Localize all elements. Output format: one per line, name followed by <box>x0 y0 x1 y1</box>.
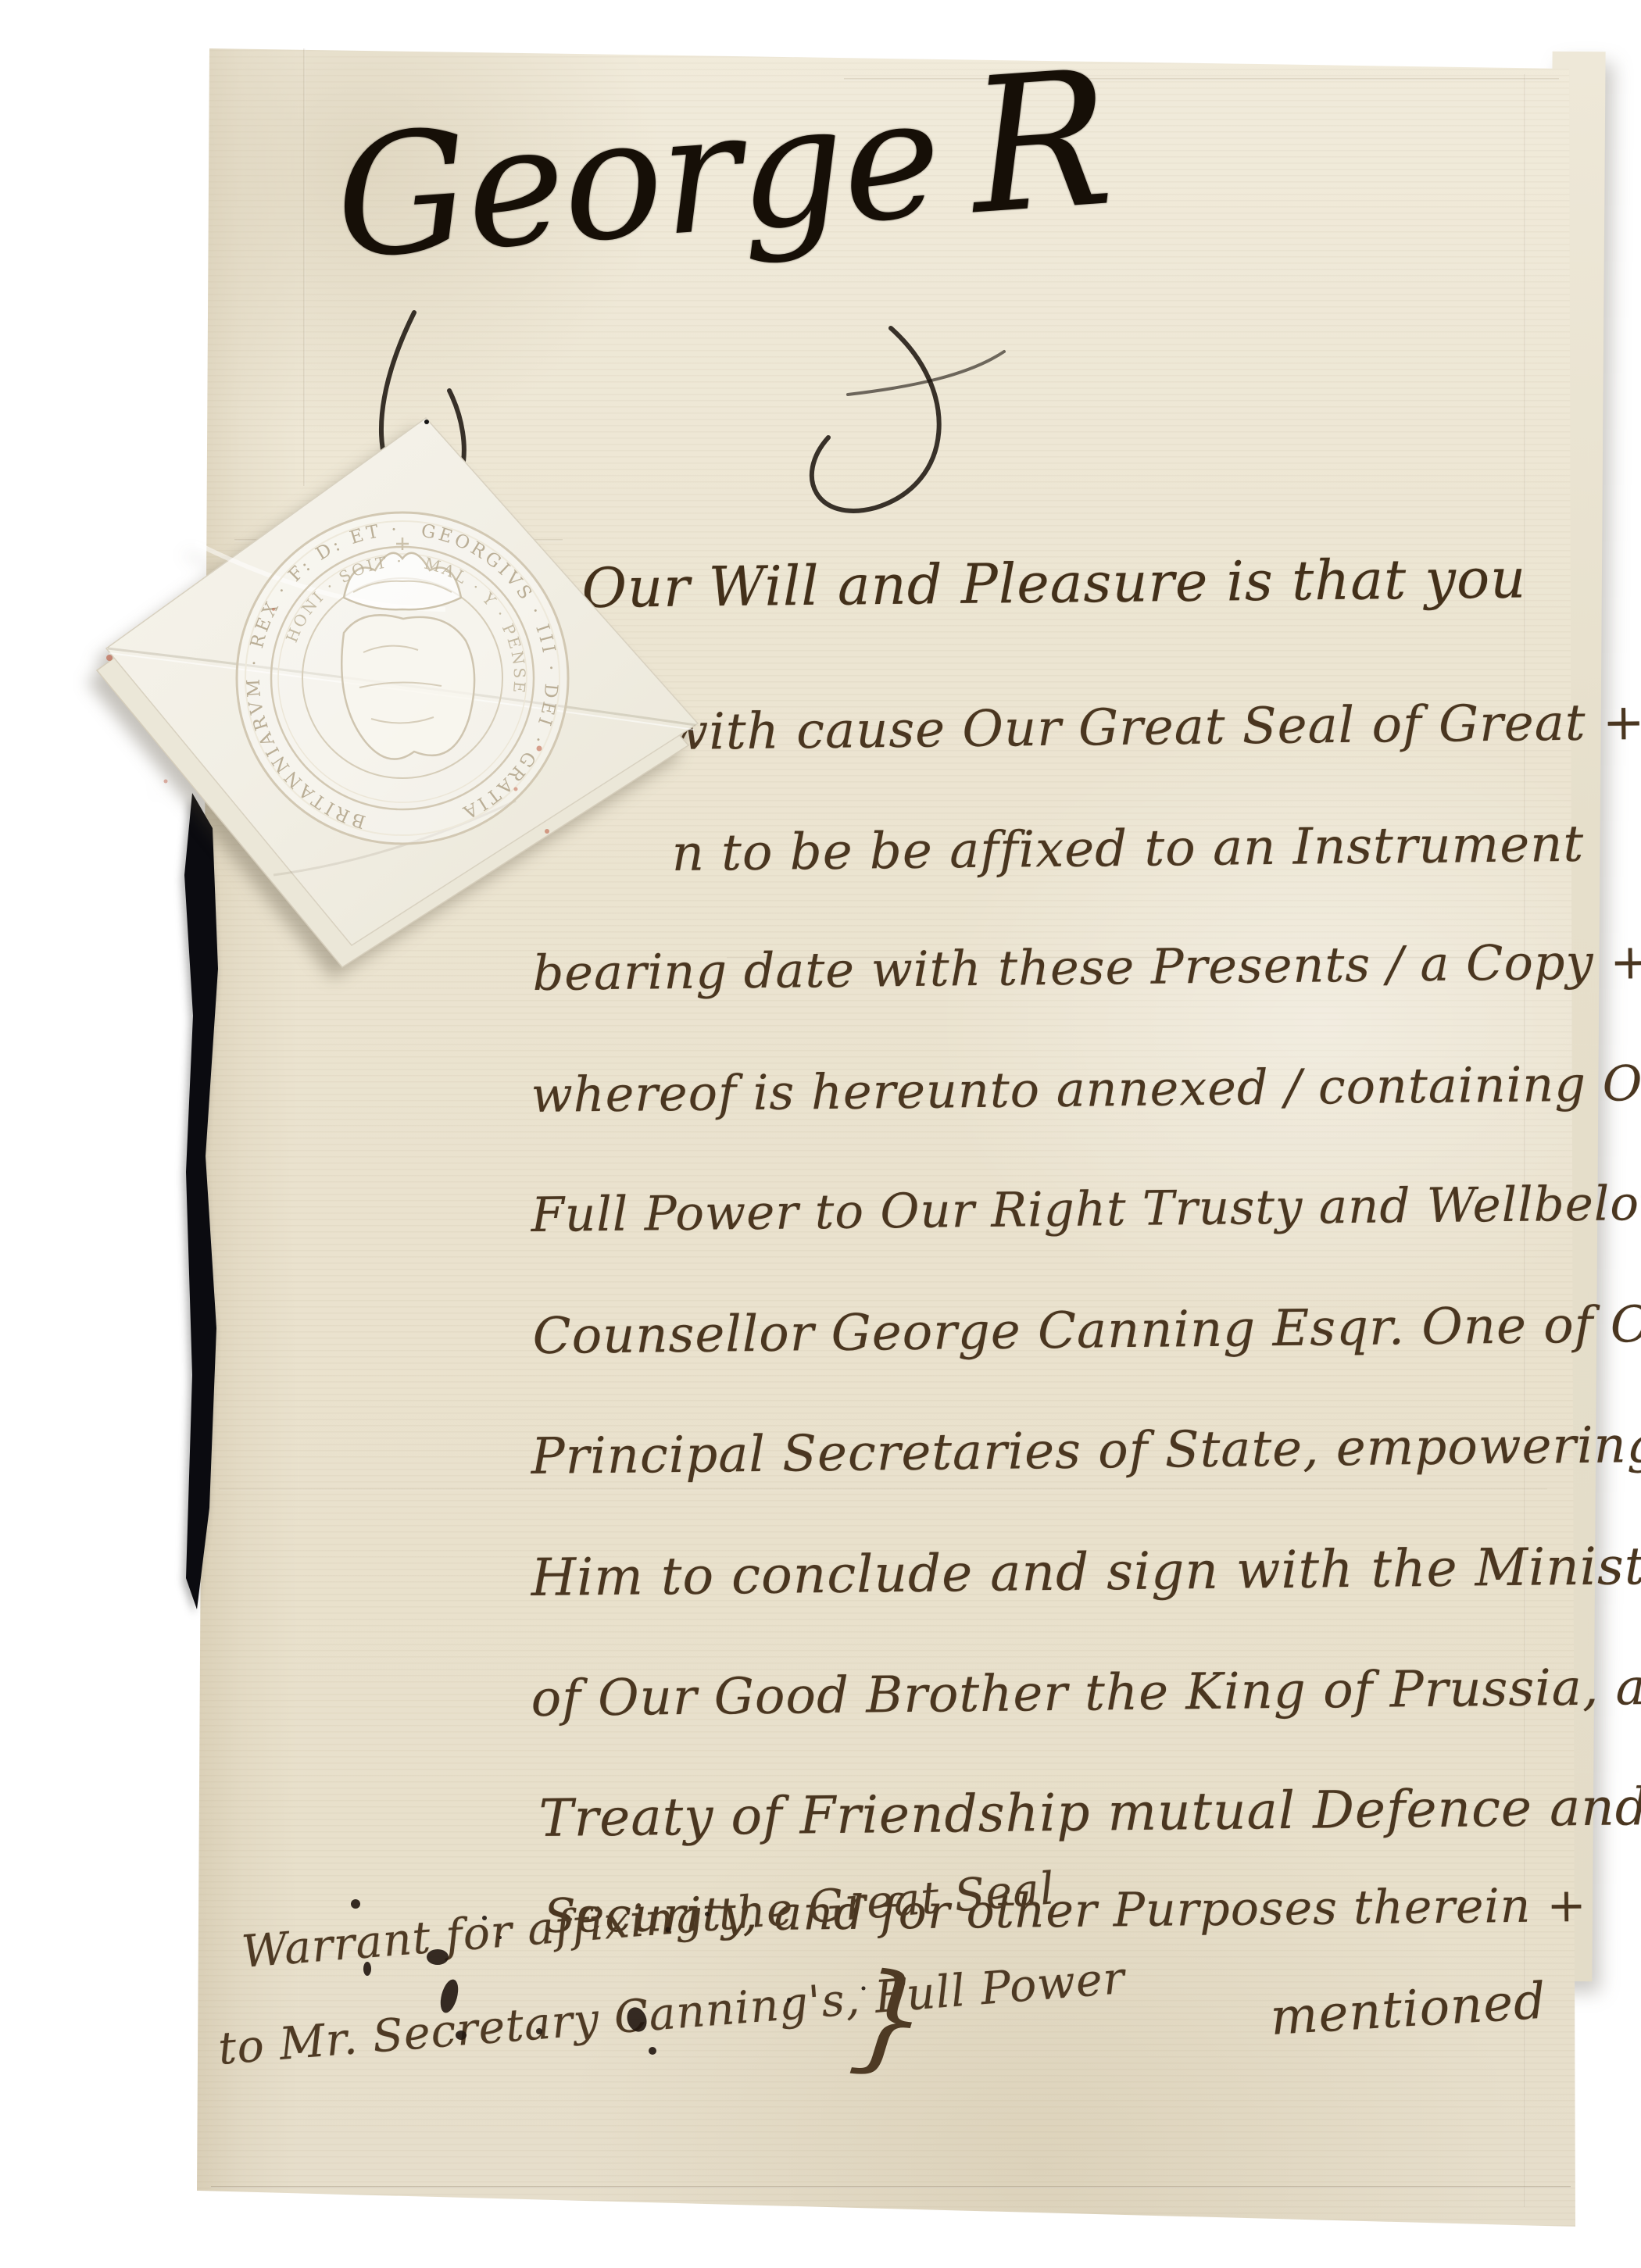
manuscript-line: Full Power to Our Right Trusty and Wellb… <box>531 1177 1641 1241</box>
manuscript-text-layer: GeorgeR Our Will and Pleasure is that yo… <box>0 0 1641 2268</box>
photo-backdrop: GeorgeR Our Will and Pleasure is that yo… <box>0 0 1641 2268</box>
manuscript-line: whereof is hereunto annexed / containing… <box>531 1056 1641 1122</box>
embossed-seal: GEORGIVS · III · DEI · GRATIA BRITANNIAR… <box>78 375 568 844</box>
manuscript-line: Him to conclude and sign with the Minist… <box>531 1538 1641 1606</box>
manuscript-line: of Our Good Brother the King of Prussia,… <box>531 1660 1641 1727</box>
manuscript-line: Counsellor George Canning Esqr. One of O… <box>532 1297 1641 1364</box>
ink-blots <box>313 1859 985 2109</box>
manuscript-line: with cause Our Great Seal of Great + <box>665 695 1641 761</box>
manuscript-line: Treaty of Friendship mutual Defence and … <box>538 1778 1641 1847</box>
manuscript-line: Principal Secretaries of State, empoweri… <box>531 1418 1641 1485</box>
ink-speck <box>424 420 429 424</box>
seal-wafer-paper: GEORGIVS · III · DEI · GRATIA BRITANNIAR… <box>78 375 719 984</box>
manuscript-line-mentioned: mentioned <box>1269 1974 1548 2046</box>
manuscript-line: n to be be affixed to an Instrument <box>671 817 1584 882</box>
